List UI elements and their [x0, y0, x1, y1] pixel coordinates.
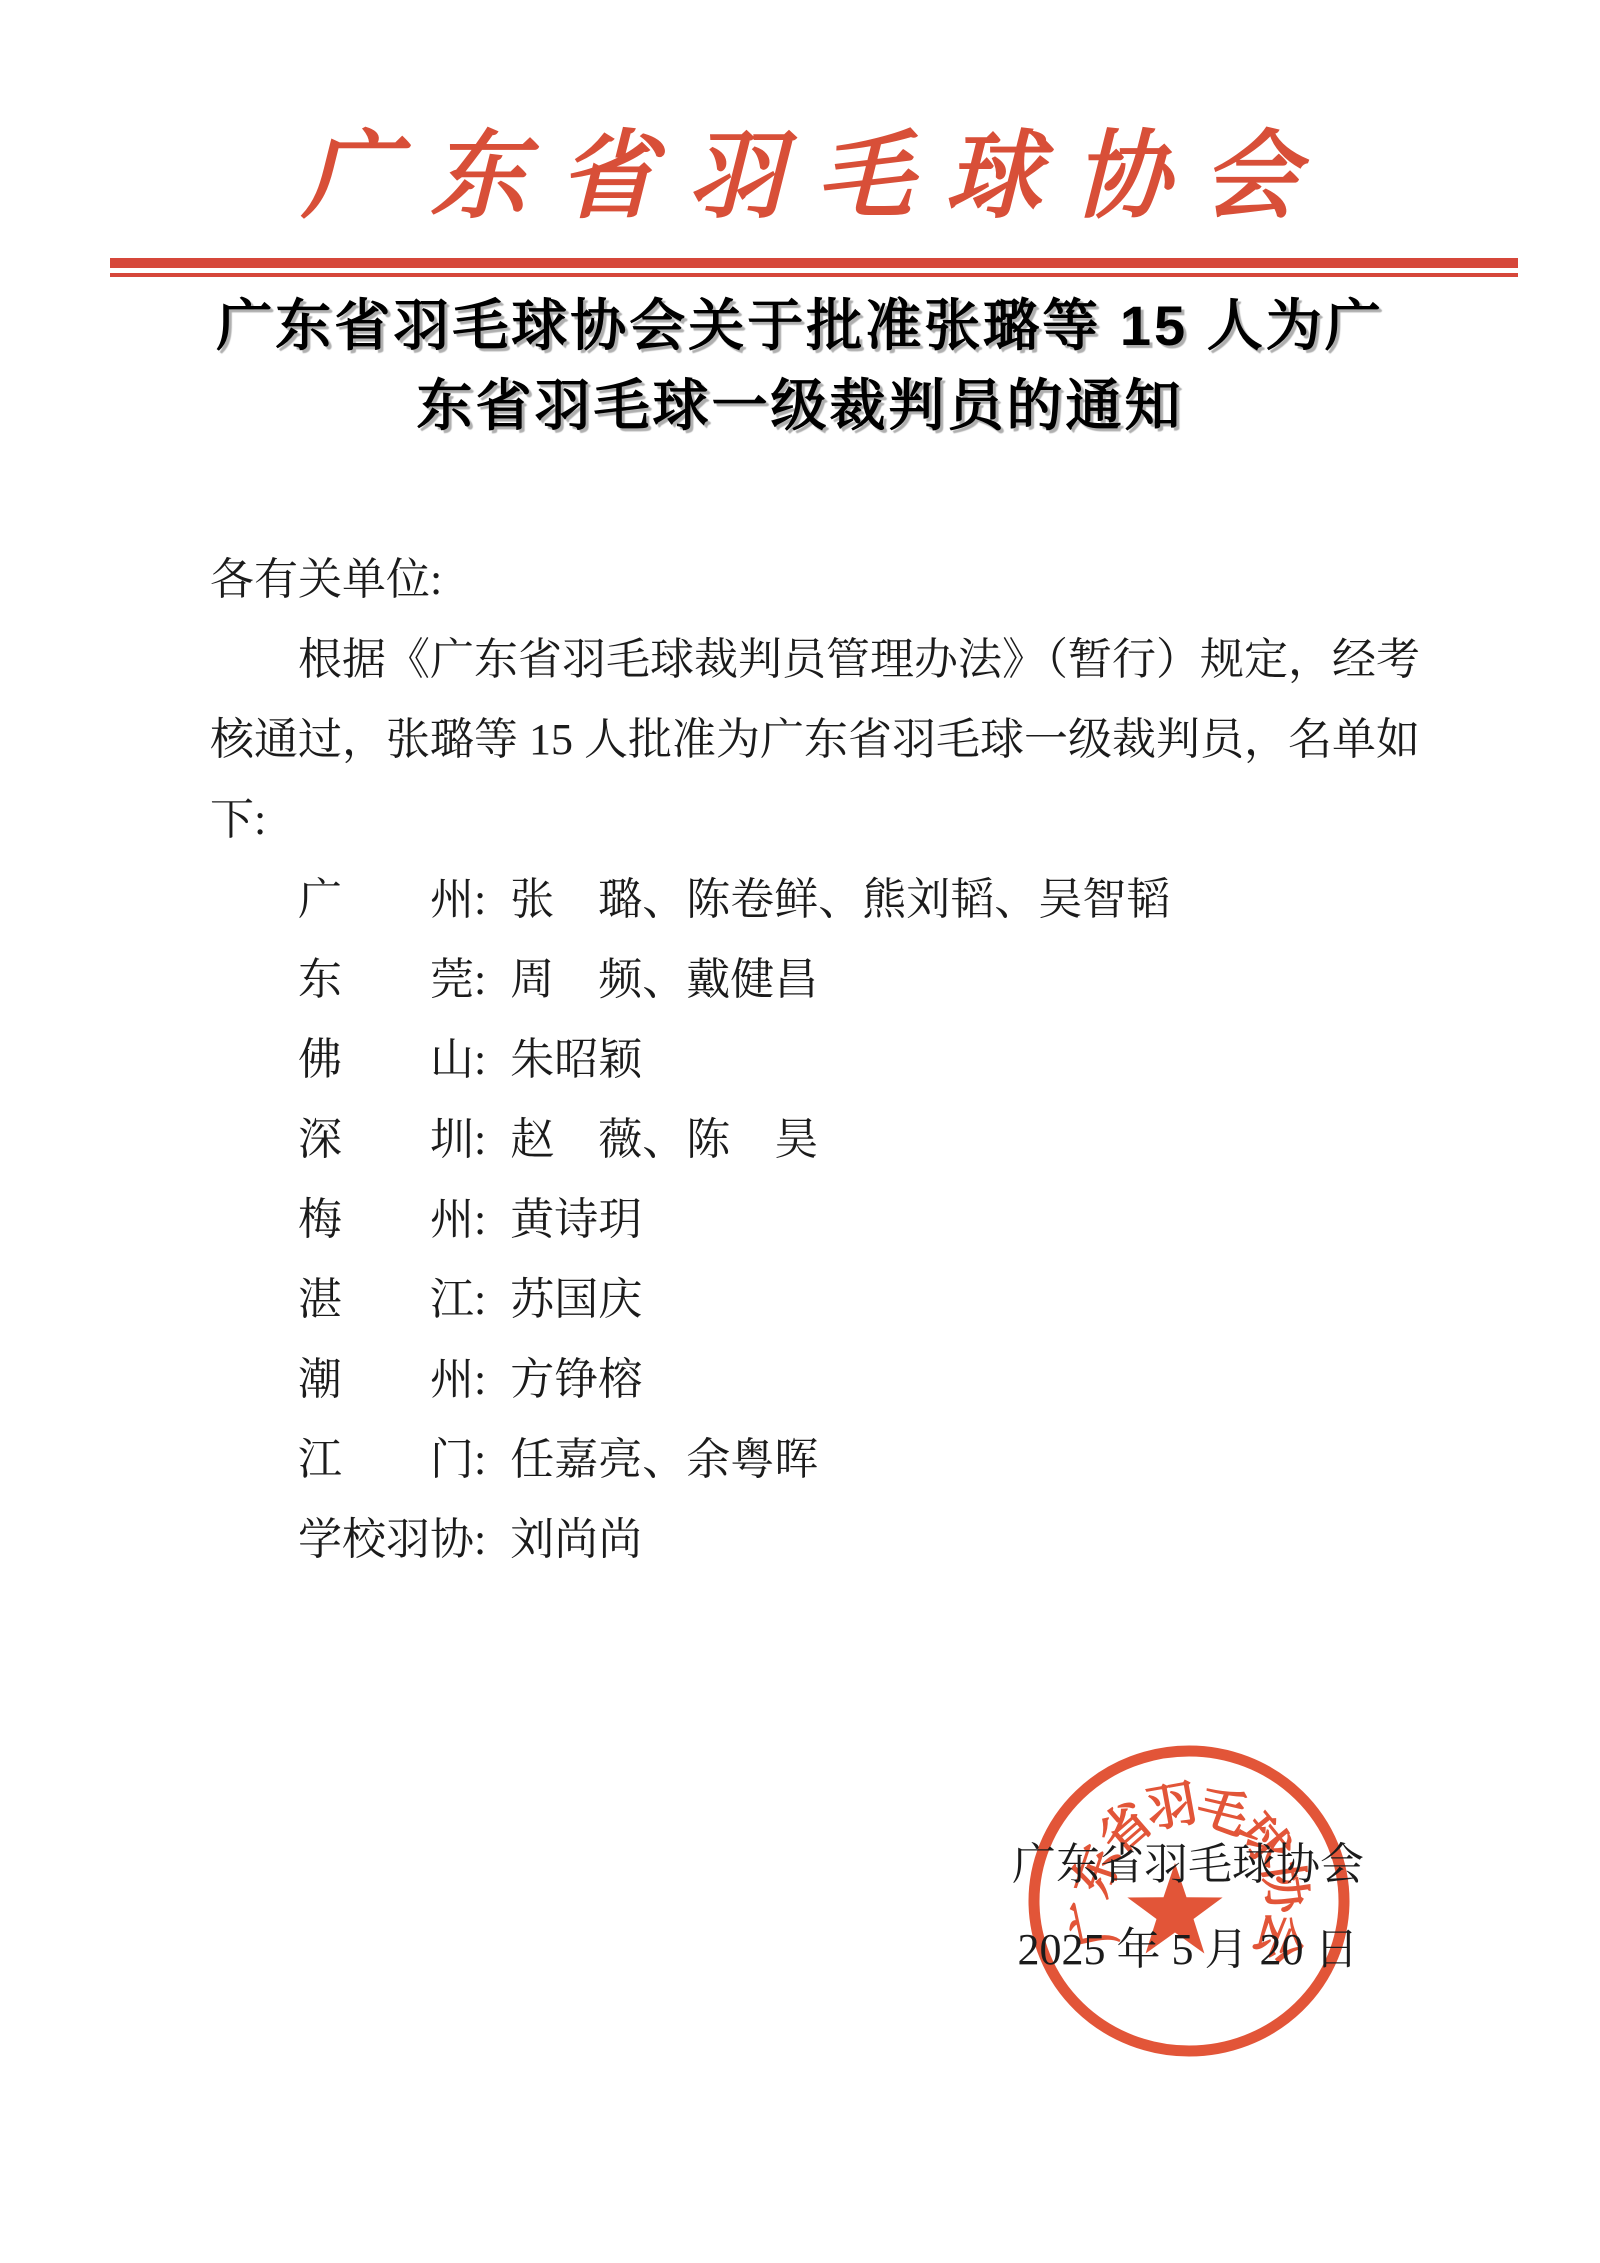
roster-names: 张 璐、陈卷鲜、熊刘韬、吴智韬 [510, 875, 1170, 924]
roster-row-foshan: 佛山:朱昭颖 [210, 1020, 1400, 1100]
document-page: 广东省羽毛球协会 广东省羽毛球协会关于批准张璐等 15 人为广 东省羽毛球一级裁… [0, 0, 1600, 2263]
roster-city: 东莞 [298, 940, 474, 1020]
roster-row-school-assoc: 学校羽协:刘尚尚 [210, 1500, 1400, 1580]
roster-city: 江门 [298, 1420, 474, 1500]
roster-row-meizhou: 梅州:黄诗玥 [210, 1180, 1400, 1260]
roster-city: 湛江 [298, 1260, 474, 1340]
roster-city: 深圳 [298, 1100, 474, 1180]
roster-city: 佛山 [298, 1020, 474, 1100]
roster-colon: : [474, 1515, 486, 1564]
roster-city: 梅州 [298, 1180, 474, 1260]
roster-colon: : [474, 875, 486, 924]
roster-city: 广州 [298, 860, 474, 940]
roster-names: 周 频、戴健昌 [510, 955, 818, 1004]
roster-names: 朱昭颖 [510, 1035, 642, 1084]
roster-colon: : [474, 1035, 486, 1084]
paragraph-line-2: 核通过，张璐等 15 人批准为广东省羽毛球一级裁判员，名单如 [210, 700, 1400, 780]
roster-colon: : [474, 1195, 486, 1244]
roster-names: 刘尚尚 [510, 1515, 642, 1564]
roster-names: 苏国庆 [510, 1275, 642, 1324]
roster-colon: : [474, 1435, 486, 1484]
roster-names: 任嘉亮、余粤晖 [510, 1435, 818, 1484]
letterhead-divider [110, 258, 1518, 277]
letterhead-org-name: 广东省羽毛球协会 [0, 112, 1600, 242]
paragraph-line-1: 根据《广东省羽毛球裁判员管理办法》（暂行）规定，经考 [210, 620, 1400, 700]
document-body: 各有关单位: 根据《广东省羽毛球裁判员管理办法》（暂行）规定，经考 核通过，张璐… [210, 540, 1400, 1580]
roster-row-chaozhou: 潮州:方铮榕 [210, 1340, 1400, 1420]
roster-city: 潮州 [298, 1340, 474, 1420]
roster-colon: : [474, 955, 486, 1004]
document-title: 广东省羽毛球协会关于批准张璐等 15 人为广 东省羽毛球一级裁判员的通知 [0, 286, 1600, 446]
divider-thick-line [110, 258, 1518, 268]
roster-names: 黄诗玥 [510, 1195, 642, 1244]
roster-colon: : [474, 1275, 486, 1324]
paragraph-line-3: 下: [210, 780, 1400, 860]
roster-row-dongguan: 东莞:周 频、戴健昌 [210, 940, 1400, 1020]
signature-block: 广东省羽毛球协会 2025 年 5 月 20 日 [985, 1838, 1391, 1977]
roster-row-guangzhou: 广州:张 璐、陈卷鲜、熊刘韬、吴智韬 [210, 860, 1400, 940]
roster-city: 学校羽协 [298, 1500, 474, 1580]
document-title-line-1: 广东省羽毛球协会关于批准张璐等 15 人为广 [0, 286, 1600, 366]
salutation: 各有关单位: [210, 540, 1400, 620]
roster-colon: : [474, 1115, 486, 1164]
document-title-line-2: 东省羽毛球一级裁判员的通知 [0, 366, 1600, 446]
roster-row-jiangmen: 江门:任嘉亮、余粤晖 [210, 1420, 1400, 1500]
roster-row-shenzhen: 深圳:赵 薇、陈 昊 [210, 1100, 1400, 1180]
signature-org: 广东省羽毛球协会 [985, 1838, 1391, 1892]
roster-names: 方铮榕 [510, 1355, 642, 1404]
divider-thin-line [110, 273, 1518, 277]
roster-names: 赵 薇、陈 昊 [510, 1115, 818, 1164]
signature-date: 2025 年 5 月 20 日 [985, 1923, 1391, 1977]
roster-colon: : [474, 1355, 486, 1404]
roster-row-zhanjiang: 湛江:苏国庆 [210, 1260, 1400, 1340]
